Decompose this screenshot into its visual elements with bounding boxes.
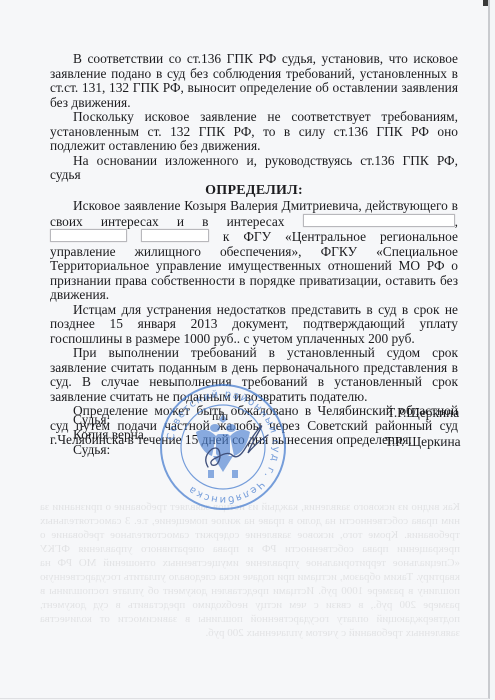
handwritten-signature-icon	[200, 425, 280, 475]
signed-mark: п/п	[212, 409, 228, 424]
page-edge-shadow	[483, 0, 488, 6]
judge-name-copy: Т.Р. Щеркина	[385, 434, 461, 450]
paragraph-basis: На основании изложенного и, руководствуя…	[50, 154, 458, 183]
ruling-heading: ОПРЕДЕЛИЛ:	[50, 184, 458, 199]
signature-labels: Судья: Копия верна. Судья:	[73, 412, 147, 457]
copy-certified-label: Копия верна.	[73, 427, 147, 442]
judge-label: Судья:	[73, 412, 147, 427]
document-page: Как видно из искового заявления, каждый …	[0, 0, 490, 699]
paragraph-deadline: Истцам для устранения недостатков предст…	[50, 303, 458, 347]
redacted-name-3	[141, 229, 209, 242]
bleed-through-text: Как видно из искового заявления, каждый …	[40, 500, 460, 650]
judge-label-copy: Судья:	[73, 442, 147, 457]
redacted-name-1	[303, 214, 455, 227]
redacted-name-2	[50, 229, 127, 242]
paragraph-intro: В соответствии со ст.136 ГПК РФ судья, у…	[50, 52, 458, 110]
paragraph-ruling: Исковое заявление Козыря Валерия Дмитрие…	[50, 199, 458, 303]
ruling-comma: ,	[455, 214, 458, 229]
paragraph-reason: Поскольку исковое заявление не соответст…	[50, 110, 458, 154]
judge-name: Т.Р.Щеркина	[387, 405, 459, 421]
